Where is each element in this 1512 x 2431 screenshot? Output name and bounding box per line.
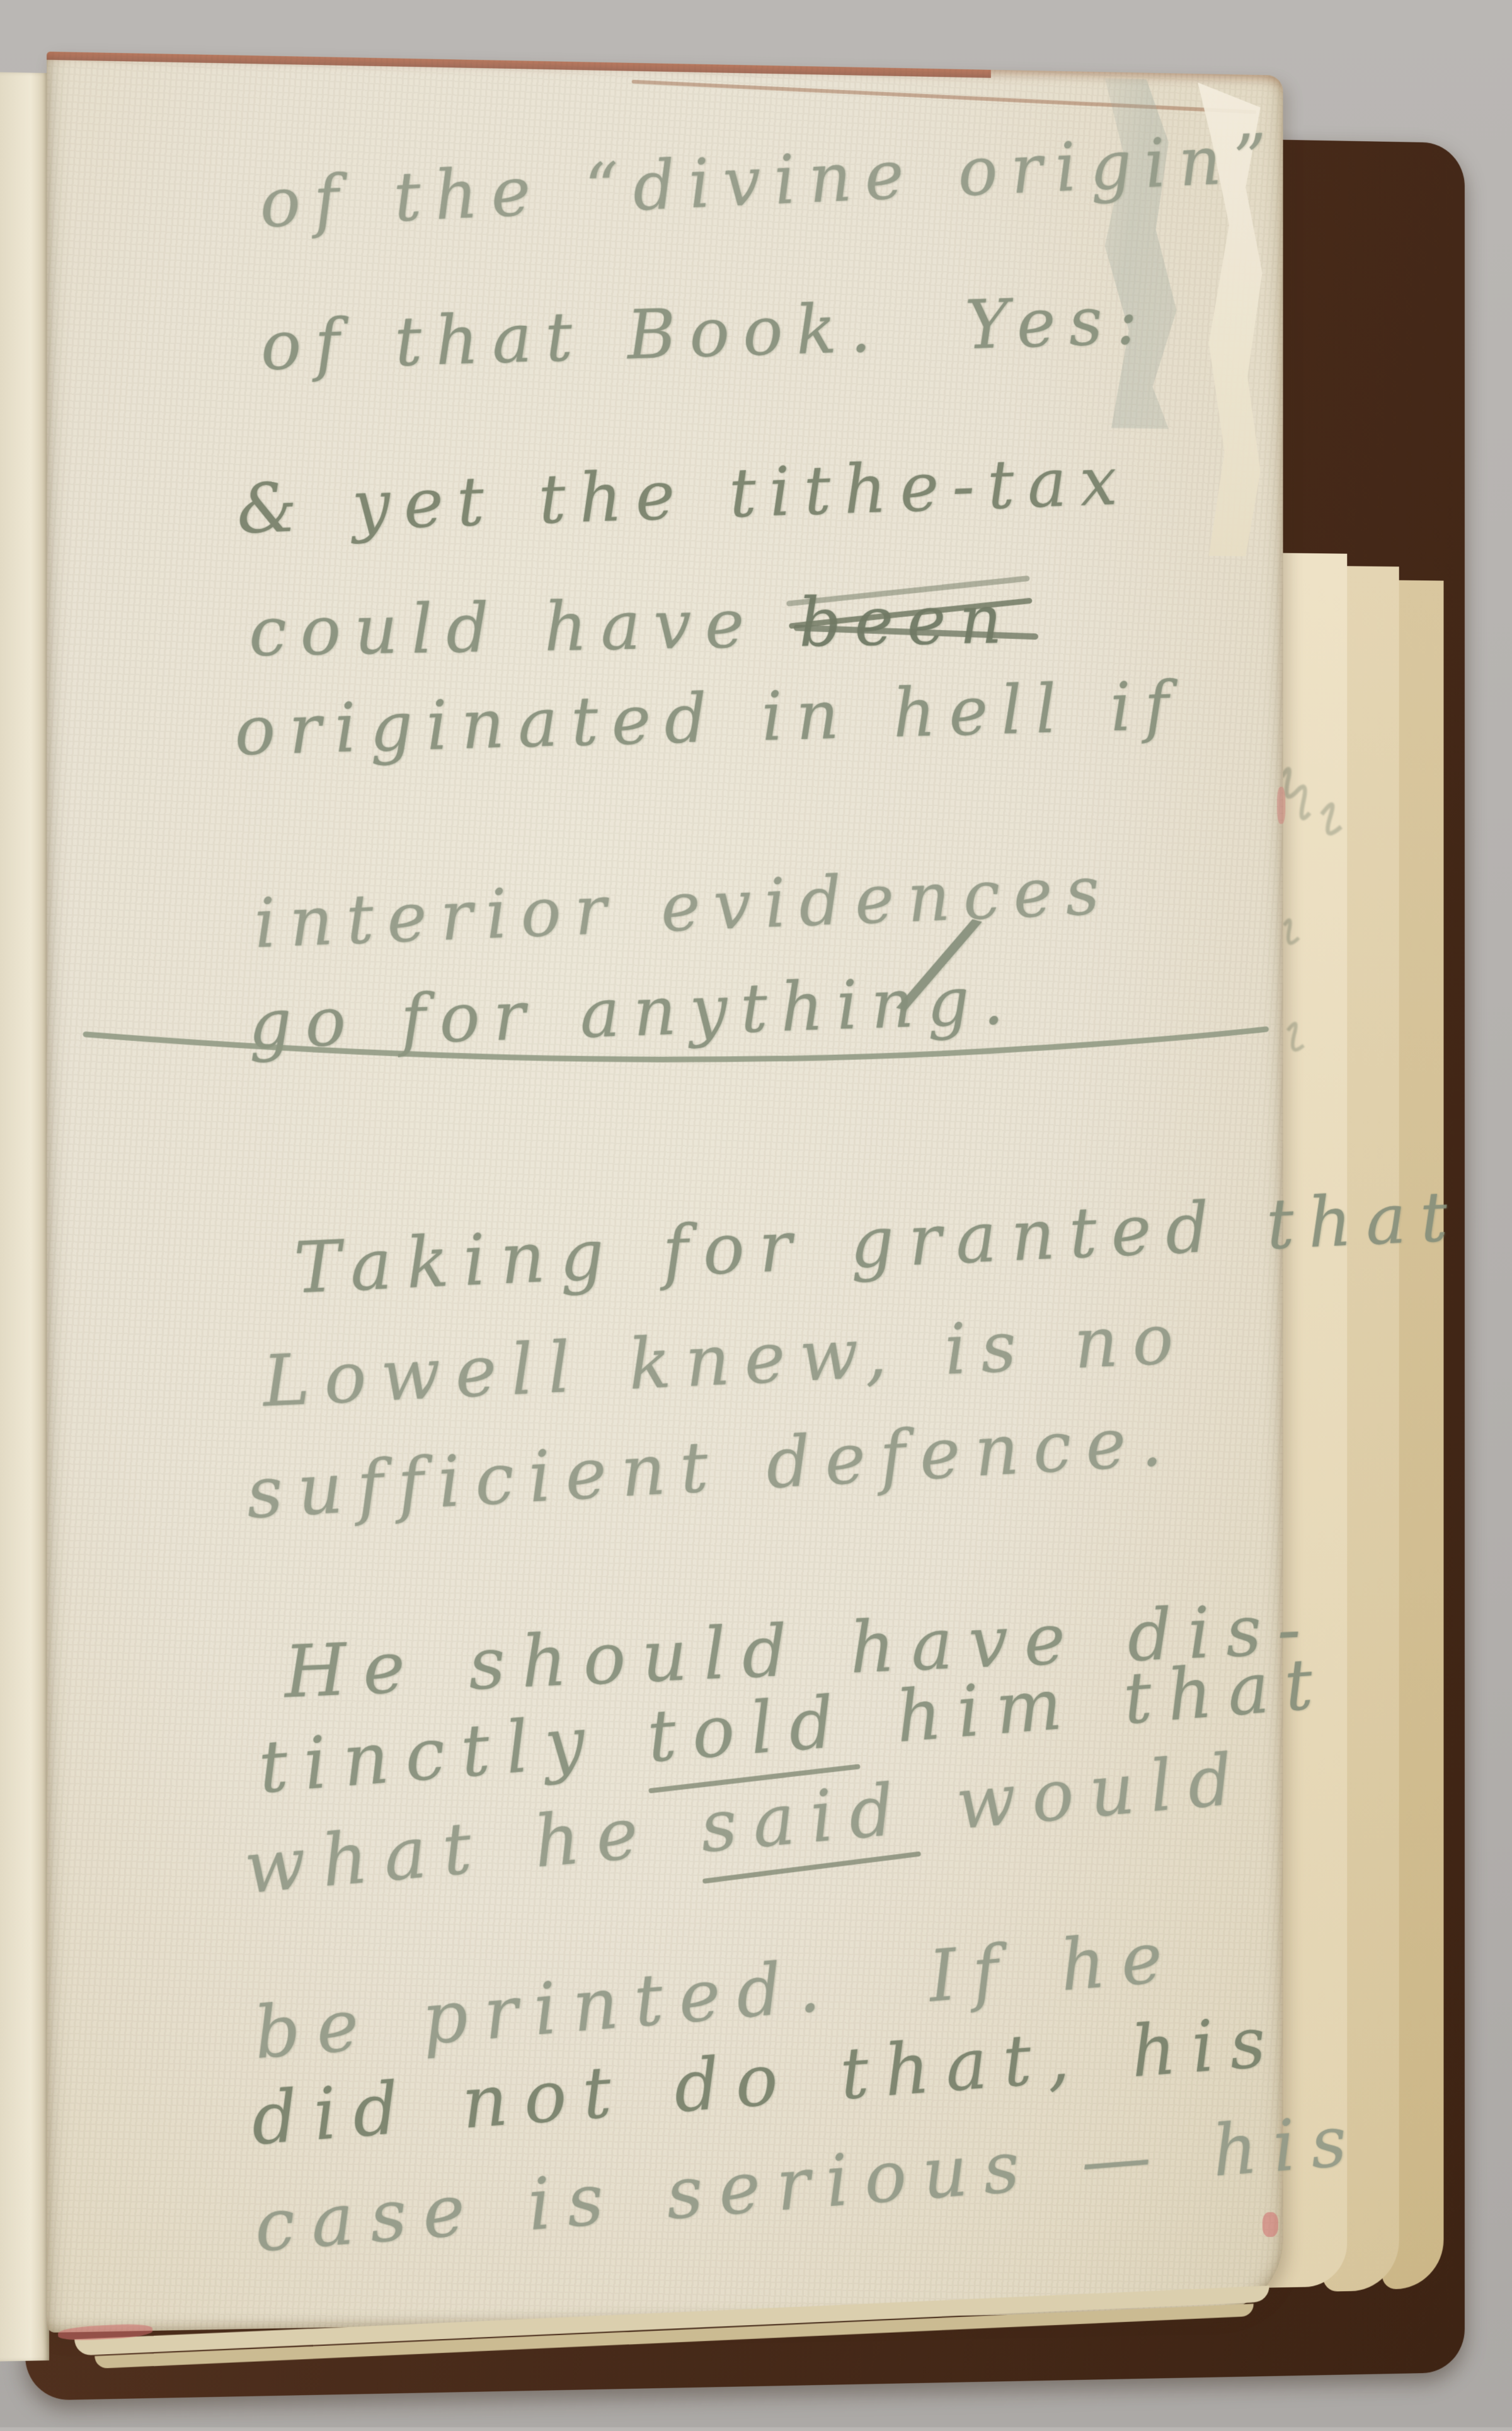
handwriting-line: originated in hell if bbox=[63, 596, 1183, 774]
red-edge-fleck bbox=[1277, 787, 1285, 824]
previous-page-edge bbox=[0, 72, 49, 2362]
notebook: of the “divine origin” of that Book. Yes… bbox=[0, 0, 1480, 2427]
handwriting-line: of that Book. Yes: bbox=[88, 210, 1152, 389]
paragraph-divider-line bbox=[81, 1006, 1273, 1084]
red-edge-fleck bbox=[1263, 2212, 1278, 2238]
